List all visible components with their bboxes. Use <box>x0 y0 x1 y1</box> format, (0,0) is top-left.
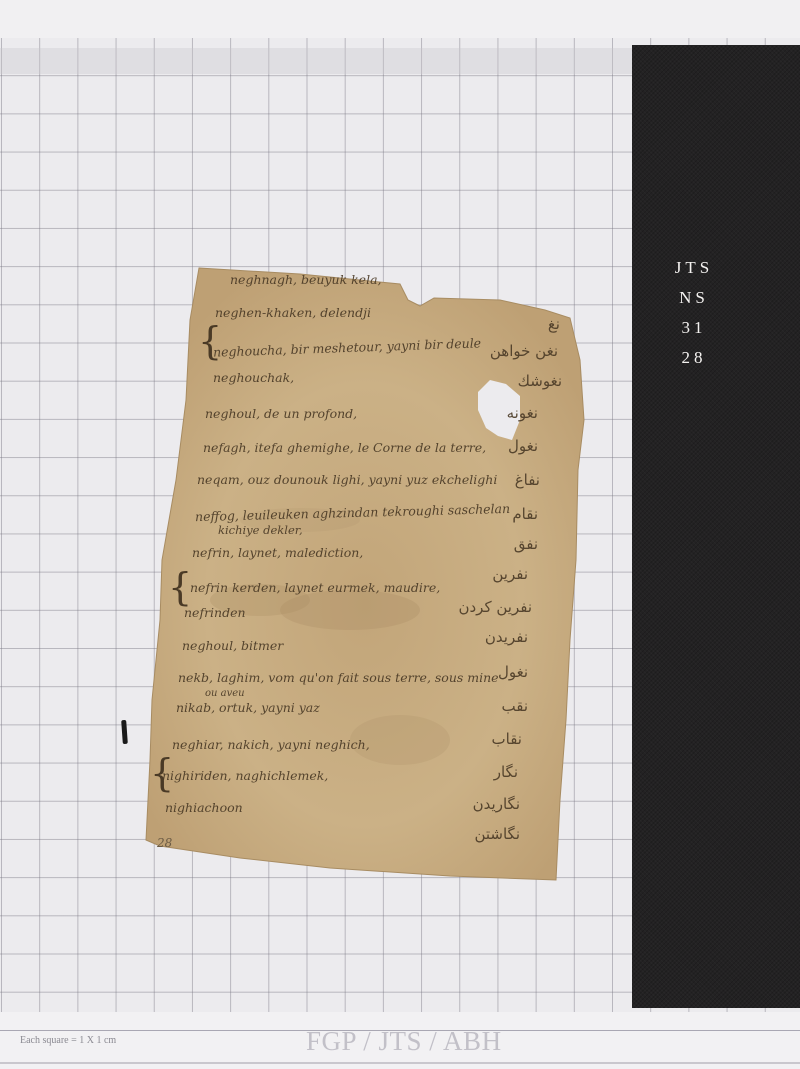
arabic-line: نغول <box>508 437 538 455</box>
latin-line: neqam, ouz dounouk lighi, yayni yuz ekch… <box>197 472 497 487</box>
latin-line: neghouchak, <box>213 370 294 385</box>
credit-line: FGP / JTS / ABH <box>306 1026 502 1057</box>
arabic-line: نغوشك <box>518 372 562 390</box>
page-number: 28 <box>157 836 172 850</box>
latin-line: neghoul, de un profond, <box>205 406 357 421</box>
arabic-line: نغ <box>548 315 560 333</box>
latin-line: nikab, ortuk, yayni yaz <box>176 700 320 715</box>
fragment-paper-shape <box>0 0 800 1069</box>
scale-note: Each square = 1 X 1 cm <box>20 1035 116 1046</box>
arabic-line: نغونه <box>507 404 538 422</box>
arabic-line: نغول <box>498 663 528 681</box>
arabic-line: نگاریدن <box>473 795 520 813</box>
latin-line: neghiar, nakich, yayni neghich, <box>172 737 370 752</box>
arabic-line: نقب <box>502 697 529 715</box>
arabic-line: نگار <box>494 763 518 781</box>
latin-line: nefrin kerden, laynet eurmek, maudire, <box>190 580 440 595</box>
latin-line: nefrin, laynet, malediction, <box>192 545 363 560</box>
arabic-line: نقاب <box>492 730 522 748</box>
arabic-line: نفاغ <box>515 471 540 489</box>
latin-line: nefagh, itefa ghemighe, le Corne de la t… <box>203 440 486 455</box>
latin-line: neghoul, bitmer <box>182 638 283 653</box>
latin-line: nekb, laghim, vom qu'on fait sous terre,… <box>178 670 499 685</box>
arabic-line: نفرین <box>492 565 528 583</box>
arabic-line: نقام <box>512 505 538 523</box>
arabic-line: نفرین کردن <box>458 598 532 616</box>
brace-2: { <box>168 568 192 606</box>
arabic-line: نغن خواهن <box>490 342 558 360</box>
latin-line: nefrinden <box>184 605 246 620</box>
manuscript-fragment: { { { neghnagh, beuyuk kela, neghen-khak… <box>0 0 800 1069</box>
latin-line: nighiachoon <box>165 800 243 815</box>
latin-line: nighiriden, naghichlemek, <box>162 768 328 783</box>
arabic-line: نفق <box>514 535 538 553</box>
latin-line: neghnagh, beuyuk kela, <box>230 272 382 287</box>
footer-bottom-rule <box>0 1062 800 1064</box>
latin-line: ou aveu <box>205 688 245 699</box>
latin-line: neghen-khaken, delendji <box>215 305 371 320</box>
latin-line: kichiye dekler, <box>218 523 303 537</box>
arabic-line: نفریدن <box>485 628 528 646</box>
arabic-line: نگاشتن <box>474 825 520 843</box>
